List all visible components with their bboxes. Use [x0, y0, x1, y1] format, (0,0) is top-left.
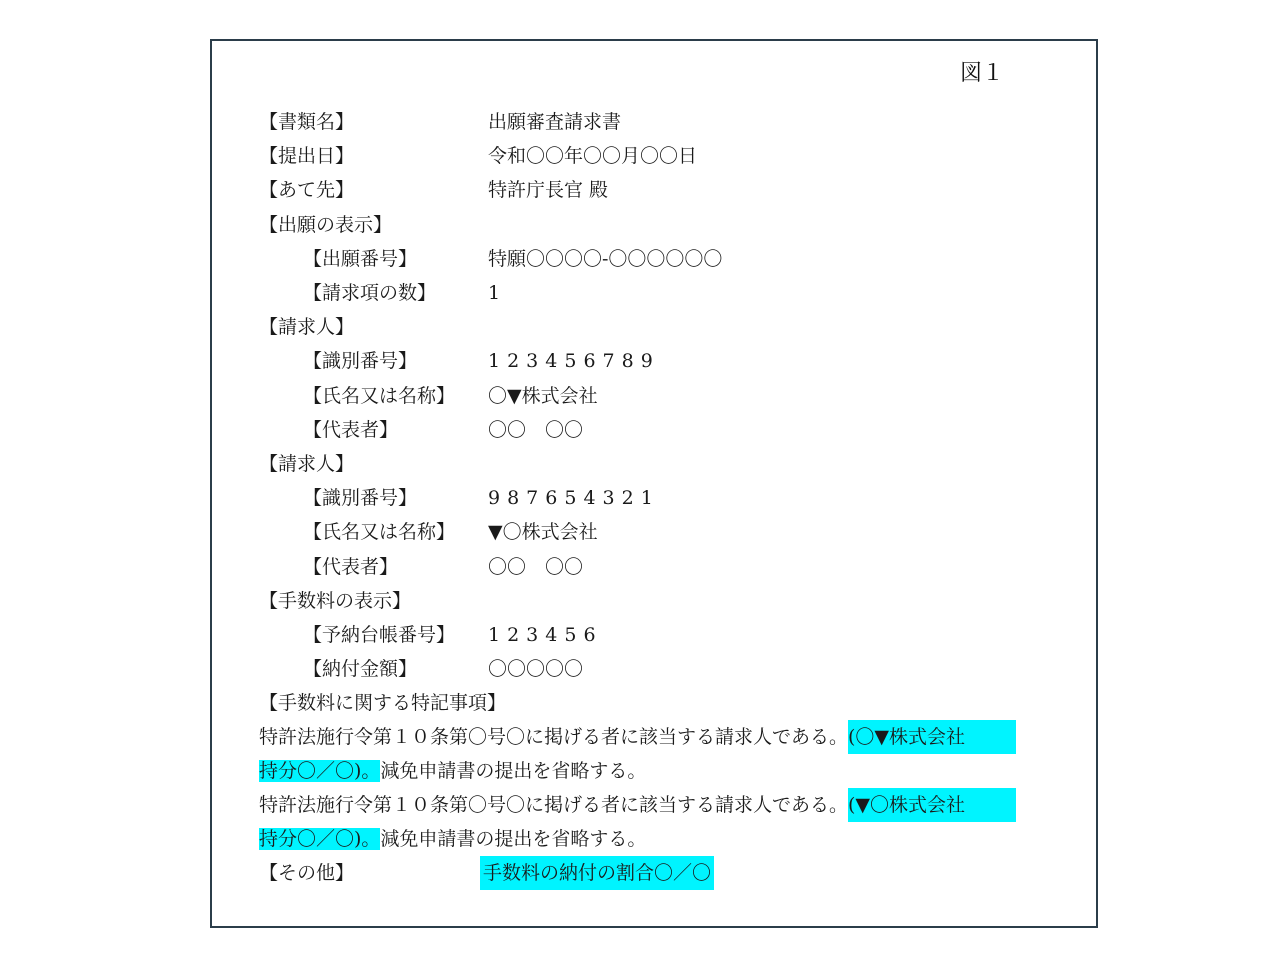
field-label: 【手数料に関する特記事項】 — [259, 686, 506, 720]
field-label: 【氏名又は名称】 — [303, 379, 455, 413]
field-row: 【氏名又は名称】〇▼株式会社 — [0, 379, 1280, 413]
remark-highlight: 持分〇／〇)。 — [259, 828, 380, 850]
field-row: 【手数料に関する特記事項】 — [0, 686, 1280, 720]
field-value: 1 — [488, 276, 507, 310]
field-label: 【識別番号】 — [303, 481, 417, 515]
field-value: 987654321 — [488, 481, 660, 515]
field-row: 【手数料の表示】 — [0, 584, 1280, 618]
field-row: 【識別番号】 987654321 — [0, 481, 1280, 515]
field-label: 【納付金額】 — [303, 652, 417, 686]
field-value: 特願〇〇〇〇-〇〇〇〇〇〇 — [488, 242, 722, 276]
field-label: 【請求人】 — [259, 310, 354, 344]
field-label: 【代表者】 — [303, 413, 398, 447]
field-value: 123456789 — [488, 344, 660, 378]
field-row: 【出願の表示】 — [0, 208, 1280, 242]
field-value: 特許庁長官 殿 — [488, 173, 608, 207]
field-value: 出願審査請求書 — [488, 105, 621, 139]
remark-highlight: (〇▼株式会社 — [848, 720, 1016, 754]
remark-text: 特許法施行令第１０条第〇号〇に掲げる者に該当する請求人である。 — [259, 726, 848, 748]
remark-highlight: 持分〇／〇)。 — [259, 760, 380, 782]
figure-label: 図１ — [960, 56, 1004, 87]
field-label: 【書類名】 — [259, 105, 354, 139]
field-row: 【出願番号】特願〇〇〇〇-〇〇〇〇〇〇 — [0, 242, 1280, 276]
field-row: 【提出日】令和〇〇年〇〇月〇〇日 — [0, 139, 1280, 173]
remark-tail: 減免申請書の提出を省略する。 — [380, 828, 646, 850]
field-row: 【代表者】〇〇 〇〇 — [0, 413, 1280, 447]
remark-line-1: 特許法施行令第１０条第〇号〇に掲げる者に該当する請求人である。(〇▼株式会社 — [259, 720, 1016, 754]
field-value: 〇〇〇〇〇 — [488, 652, 583, 686]
remark-line-3: 特許法施行令第１０条第〇号〇に掲げる者に該当する請求人である。(▼〇株式会社 — [259, 788, 1016, 822]
field-row: 【書類名】出願審査請求書 — [0, 105, 1280, 139]
field-label: 【手数料の表示】 — [259, 584, 411, 618]
field-label: 【識別番号】 — [303, 344, 417, 378]
field-row: 【代表者】〇〇 〇〇 — [0, 550, 1280, 584]
remark-line-2: 持分〇／〇)。減免申請書の提出を省略する。 — [259, 754, 646, 788]
field-value: 令和〇〇年〇〇月〇〇日 — [488, 139, 697, 173]
field-row: 【識別番号】 123456789 — [0, 344, 1280, 378]
field-label: 【出願の表示】 — [259, 208, 392, 242]
field-value: 〇〇 〇〇 — [488, 413, 583, 447]
field-label: 【出願番号】 — [303, 242, 417, 276]
field-value-highlight: 手数料の納付の割合〇／〇 — [480, 856, 714, 890]
field-other: 【その他】 手数料の納付の割合〇／〇 — [259, 856, 859, 890]
field-row: 【氏名又は名称】▼〇株式会社 — [0, 515, 1280, 549]
field-label: 【あて先】 — [259, 173, 354, 207]
remark-line-4: 持分〇／〇)。減免申請書の提出を省略する。 — [259, 822, 646, 856]
field-label: 【代表者】 — [303, 550, 398, 584]
field-label: 【請求人】 — [259, 447, 354, 481]
field-row: 【予納台帳番号】 123456 — [0, 618, 1280, 652]
field-row: 【請求項の数】 1 — [0, 276, 1280, 310]
field-row: 【請求人】 — [0, 447, 1280, 481]
field-label: 【氏名又は名称】 — [303, 515, 455, 549]
remark-tail: 減免申請書の提出を省略する。 — [380, 760, 646, 782]
field-value: 〇〇 〇〇 — [488, 550, 583, 584]
remark-text: 特許法施行令第１０条第〇号〇に掲げる者に該当する請求人である。 — [259, 794, 848, 816]
field-value: 123456 — [488, 618, 603, 652]
remark-highlight: (▼〇株式会社 — [848, 788, 1016, 822]
field-row: 【請求人】 — [0, 310, 1280, 344]
field-value: ▼〇株式会社 — [488, 515, 598, 549]
field-value: 〇▼株式会社 — [488, 379, 598, 413]
field-label: 【請求項の数】 — [303, 276, 436, 310]
field-label: 【提出日】 — [259, 139, 354, 173]
field-label: 【その他】 — [259, 856, 354, 890]
field-label: 【予納台帳番号】 — [303, 618, 455, 652]
field-row: 【あて先】特許庁長官 殿 — [0, 173, 1280, 207]
field-row: 【納付金額】〇〇〇〇〇 — [0, 652, 1280, 686]
